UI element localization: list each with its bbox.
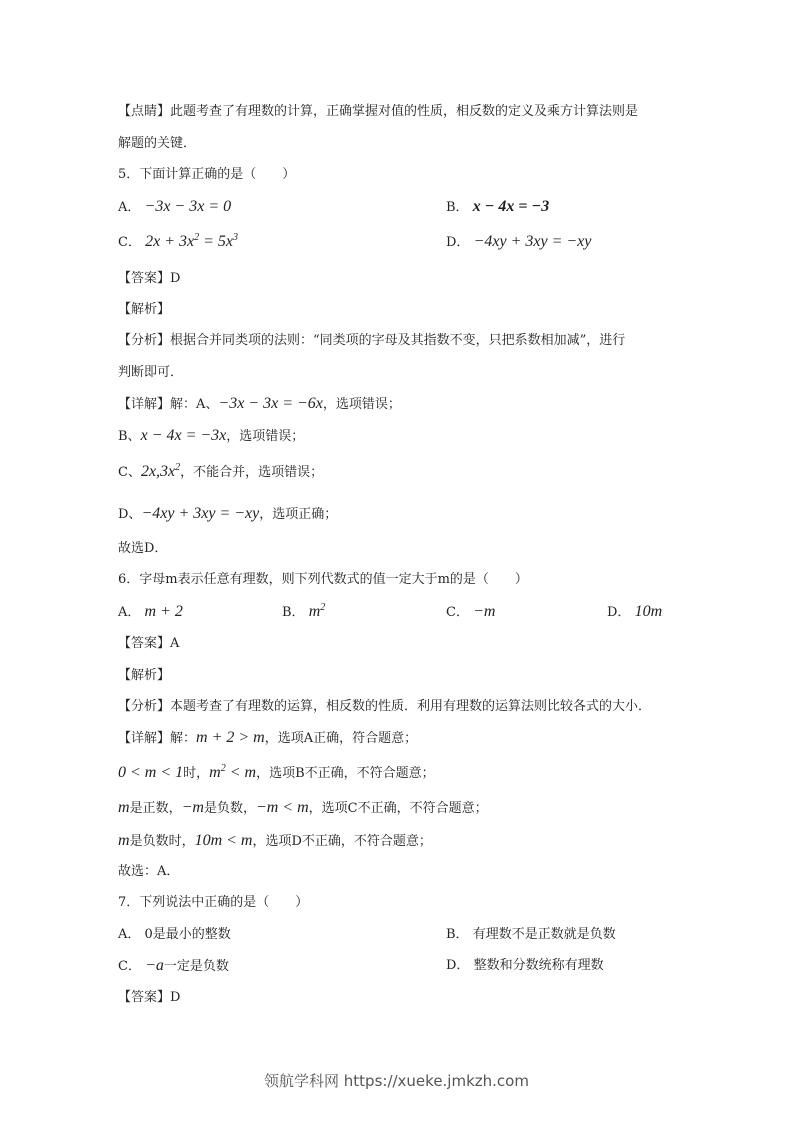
- q5-detail-b: B、x − 4x = −3x，选项错误；: [118, 428, 304, 445]
- q6-option-d: D． 10m: [607, 604, 662, 621]
- q6-detail-4: m是负数时，10m < m，选项D不正确，不符合题意；: [118, 833, 432, 850]
- q5-answer: 【答案】D: [118, 271, 180, 287]
- q6-answer: 【答案】A: [118, 636, 179, 652]
- q5-detail-d: D、−4xy + 3xy = −xy，选项正确；: [118, 506, 337, 523]
- q5-option-c: C． 2x + 3x2 = 5x3: [118, 234, 238, 251]
- q5-stem: 5．下面计算正确的是（ ）: [118, 167, 295, 183]
- q5-detail-c: C、2x,3x2，不能合并，选项错误；: [118, 464, 323, 481]
- q6-fenxi: 【分析】本题考查了有理数的运算，相反数的性质．利用有理数的运算法则比较各式的大小…: [118, 699, 651, 715]
- footer-watermark: 领航学科网 https://xueke.jmkzh.com: [0, 1070, 793, 1091]
- q7-answer: 【答案】D: [118, 990, 180, 1006]
- q7-option-c: C． −a一定是负数: [118, 958, 229, 975]
- q5-detail-a: 【详解】解：A、−3x − 3x = −6x，选项错误；: [118, 396, 401, 413]
- q6-option-a: A． m + 2: [118, 604, 183, 621]
- q5-fenxi-2: 判断即可．: [118, 365, 183, 381]
- q5-option-a: A． −3x − 3x = 0: [118, 199, 231, 216]
- q6-detail-3: m是正数，−m是负数，−m < m，选项C不正确，不符合题意；: [118, 800, 488, 817]
- q6-option-c: C． −m: [446, 604, 495, 621]
- q6-option-b: B． m2: [282, 604, 325, 621]
- q5-conclusion: 故选D．: [118, 541, 167, 557]
- q6-conclusion: 故选：A．: [118, 864, 179, 880]
- q6-detail-1: 【详解】解：m + 2 > m，选项A正确，符合题意；: [118, 730, 417, 747]
- dianjing-line-2: 解题的关键．: [118, 136, 196, 152]
- q6-jiexi: 【解析】: [118, 668, 170, 684]
- q7-stem: 7．下列说法中正确的是（ ）: [118, 895, 308, 911]
- dianjing-line-1: 【点睛】此题考查了有理数的计算，正确掌握对值的性质，相反数的定义及乘方计算法则是: [118, 104, 638, 120]
- q5-option-d: D． −4xy + 3xy = −xy: [446, 234, 591, 251]
- q5-jiexi: 【解析】: [118, 302, 170, 318]
- q6-detail-2: 0 < m < 1时，m2 < m，选项B不正确，不符合题意；: [118, 765, 435, 782]
- q7-option-a: A． 0是最小的整数: [118, 927, 231, 943]
- q7-option-d: D． 整数和分数统称有理数: [446, 958, 604, 974]
- q7-option-b: B． 有理数不是正数就是负数: [446, 927, 616, 943]
- q5-fenxi-1: 【分析】根据合并同类项的法则：“同类项的字母及其指数不变，只把系数相加减”，进行: [118, 333, 625, 349]
- q5-option-b: B． x − 4x = −3: [446, 199, 549, 216]
- q6-stem: 6．字母m表示任意有理数，则下列代数式的值一定大于m的是（ ）: [118, 572, 528, 588]
